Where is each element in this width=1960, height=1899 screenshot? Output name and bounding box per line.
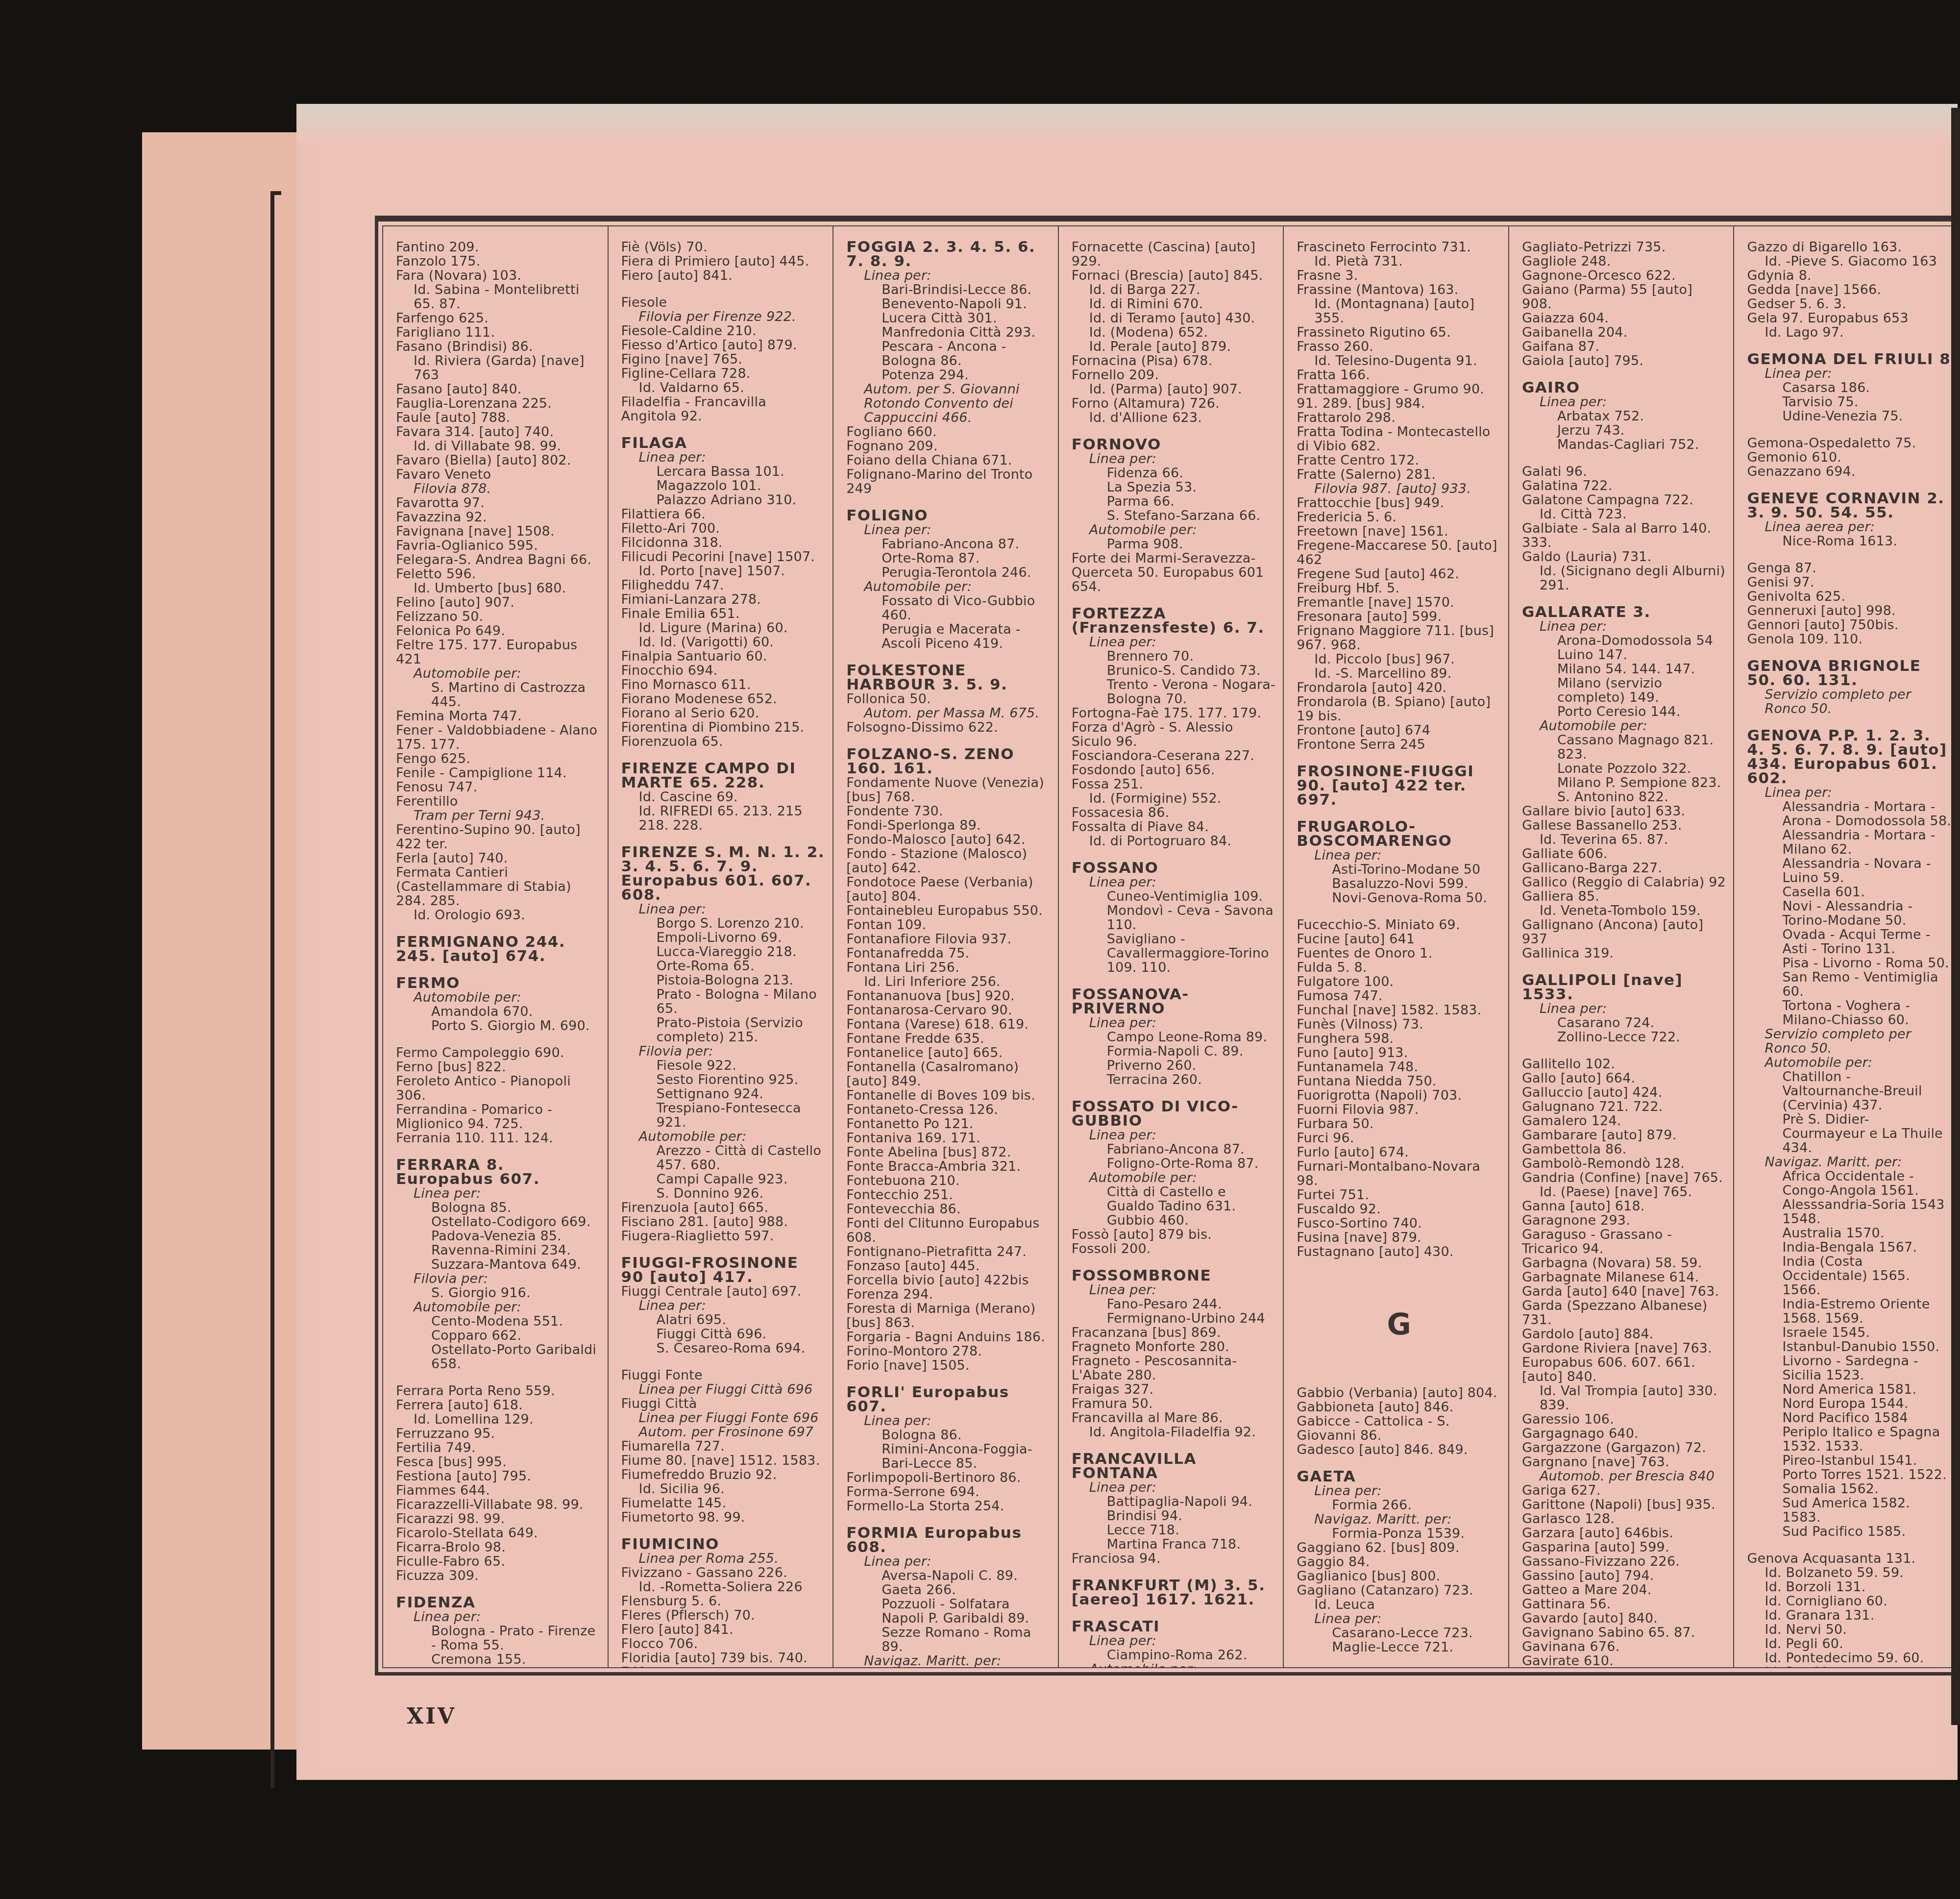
index-entry: Gdynia 8. — [1747, 269, 1952, 283]
index-entry: Gallese Bassanello 253. — [1522, 818, 1727, 833]
index-entry: Ficarazzelli-Villabate 98. 99. — [396, 1498, 601, 1512]
index-entry: Fivizzano - Gassano 226. — [621, 1566, 826, 1580]
index-entry: Gaeta 266. — [846, 1583, 1051, 1597]
index-entry: Bologna - Prato - Firenze - Roma 55. — [396, 1624, 601, 1652]
index-entry: Id. Sabina - Montelibretti 65. 87. — [396, 283, 601, 311]
index-entry: Terracina 260. — [1072, 1073, 1276, 1087]
station-heading: FRANKFURT (M) 3. 5. [aereo] 1617. 1621. — [1072, 1578, 1276, 1607]
index-entry: Furbara 50. — [1297, 1117, 1501, 1131]
index-entry: Funo [auto] 913. — [1297, 1046, 1501, 1060]
index-entry: Furnari-Montalbano-Novara 98. — [1297, 1159, 1501, 1188]
index-entry: Gagliole 248. — [1522, 254, 1727, 269]
index-entry: Fiuggi Città — [621, 1397, 826, 1411]
index-entry: Franciosa 94. — [1072, 1552, 1276, 1566]
index-entry: Ferrera [auto] 618. — [396, 1398, 601, 1412]
index-entry: Id. Porto [nave] 1507. — [621, 564, 826, 578]
index-entry: Felegara-S. Andrea Bagni 66. — [396, 553, 601, 567]
index-entry: Ficuzza 309. — [396, 1569, 601, 1583]
index-entry: Frignano Maggiore 711. [bus] 967. 968. — [1297, 624, 1501, 652]
index-entry: S. Giorgio 916. — [396, 1286, 601, 1300]
index-entry: Cassano Magnago 821. 823. — [1522, 733, 1727, 762]
index-entry: Fabriano-Ancona 87. — [846, 537, 1051, 551]
station-heading: FOLKESTONE HARBOUR 3. 5. 9. — [846, 664, 1051, 692]
index-entry: Fulgatore 100. — [1297, 975, 1501, 989]
index-entry: Garbagnate Milanese 614. — [1522, 1270, 1727, 1284]
index-entry: Gela 97. Europabus 653 — [1747, 311, 1952, 325]
index-entry: Ferentino-Supino 90. [auto] 422 ter. — [396, 823, 601, 851]
index-entry: India (Costa Occidentale) 1565. 1566. — [1747, 1255, 1952, 1297]
service-label: Tram per Terni 943. — [396, 809, 601, 823]
index-entry: Garittone (Napoli) [bus] 935. — [1522, 1498, 1727, 1512]
index-entry: Pescara - Ancona - Bologna 86. — [846, 340, 1051, 368]
book-spine-edge — [1951, 108, 1960, 1725]
index-entry: Savigliano - Cavallermaggiore-Torino 109… — [1072, 932, 1276, 975]
station-heading: GENEVE CORNAVIN 2. 3. 9. 50. 54. 55. — [1747, 492, 1952, 520]
index-entry: Gallare bivio [auto] 633. — [1522, 804, 1727, 818]
service-label: Linea per: — [1072, 452, 1276, 466]
station-heading: FOSSOMBRONE — [1072, 1269, 1276, 1283]
index-entry: Gagnone-Orcesco 622. — [1522, 269, 1727, 283]
index-entry: Favaro (Biella) [auto] 802. — [396, 453, 601, 468]
index-entry: Sud Pacifico 1585. — [1747, 1525, 1952, 1539]
index-entry: Garagnone 293. — [1522, 1213, 1727, 1228]
index-entry: Id. di Barga 227. — [1072, 283, 1276, 297]
index-entry: Fustagnano [auto] 430. — [1297, 1245, 1501, 1259]
index-entry: Fontanelle di Boves 109 bis. — [846, 1088, 1051, 1103]
index-entry: Fermignano-Urbino 244 — [1072, 1311, 1276, 1326]
index-entry: Fossalta di Piave 84. — [1072, 820, 1276, 834]
index-entry: S. Martino di Castrozza 445. — [396, 681, 601, 709]
index-entry: Finocchio 694. — [621, 664, 826, 678]
index-entry: Id. Leuca — [1297, 1598, 1501, 1612]
index-entry: Periplo Italico e Spagna 1532. 1533. — [1747, 1425, 1952, 1454]
station-heading: FOSSANO — [1072, 861, 1276, 875]
service-label: Autom. per S. Giovanni Rotondo Convento … — [846, 382, 1051, 425]
index-entry: Frondarola (B. Spiano) [auto] 19 bis. — [1297, 695, 1501, 723]
index-entry: Genisi 97. — [1747, 575, 1952, 590]
index-entry: Funghera 598. — [1297, 1032, 1501, 1046]
index-entry: Genneruxi [auto] 998. — [1747, 604, 1952, 618]
index-entry: Cremona 155. — [396, 1652, 601, 1667]
index-entry: Id. (Parma) [auto] 907. — [1072, 382, 1276, 396]
index-entry: Sesto Fiorentino 925. — [621, 1073, 826, 1087]
index-entry: Gambolò-Remondò 128. — [1522, 1157, 1727, 1171]
index-entry: Id. Liri Inferiore 256. — [846, 975, 1051, 989]
index-entry: Palazzo Adriano 310. — [621, 493, 826, 507]
index-entry: Francavilla al Mare 86. — [1072, 1411, 1276, 1425]
index-entry: Id. (Paese) [nave] 765. — [1522, 1185, 1727, 1199]
index-entry: Gagliato-Petrizzi 735. — [1522, 240, 1727, 254]
service-label: Navigaz. Maritt. per: — [846, 1654, 1051, 1667]
index-entry: Fenosu 747. — [396, 780, 601, 794]
index-frame: Fantino 209.Fanzolo 175.Fara (Novara) 10… — [375, 216, 1960, 1676]
index-entry: Fogliano 660. — [846, 425, 1051, 439]
index-entry: Fanzolo 175. — [396, 254, 601, 269]
index-entry: Figino [nave] 765. — [621, 352, 826, 367]
index-entry: Id. Nervi 50. — [1747, 1623, 1952, 1637]
index-entry: India-Bengala 1567. — [1747, 1240, 1952, 1255]
index-entry: Id. Perale [auto] 879. — [1072, 340, 1276, 354]
service-label: Linea per: — [396, 1610, 601, 1624]
index-column-5: Frascineto Ferrocinto 731.Id. Pietà 731.… — [1284, 226, 1509, 1667]
index-entry: Id. -Pieve S. Giacomo 163 — [1747, 254, 1952, 269]
index-entry: Fontainebleu Europabus 550. — [846, 904, 1051, 918]
index-entry: Gabbioneta [auto] 846. — [1297, 1400, 1501, 1414]
index-entry: Fucecchio-S. Miniato 69. — [1297, 918, 1501, 932]
index-entry: Gasparina [auto] 599. — [1522, 1540, 1727, 1554]
service-label: Navigaz. Maritt. per: — [1747, 1155, 1952, 1169]
index-entry: Fraigas 327. — [1072, 1382, 1276, 1397]
index-entry: Fasano (Brindisi) 86. — [396, 340, 601, 354]
service-label: Linea per: — [621, 902, 826, 916]
index-entry: Basaluzzo-Novi 599. — [1297, 877, 1501, 891]
index-entry: Nice-Roma 1613. — [1747, 534, 1952, 548]
index-entry: Brunico-S. Candido 73. — [1072, 664, 1276, 678]
index-entry: Fossacesia 86. — [1072, 806, 1276, 820]
index-entry: Galatone Campagna 722. — [1522, 493, 1727, 507]
index-entry: Foligno-Orte-Roma 87. — [1072, 1157, 1276, 1171]
index-entry: Frattamaggiore - Grumo 90. 91. 289. [bus… — [1297, 382, 1501, 411]
index-entry: Frasne 3. — [1297, 269, 1501, 283]
index-entry: S. Stefano-Sarzana 66. — [1072, 509, 1276, 523]
index-entry: Fiammes 644. — [396, 1483, 601, 1498]
index-entry: Fregene Sud [auto] 462. — [1297, 567, 1501, 581]
index-entry: Gaglianico [bus] 800. — [1297, 1569, 1501, 1583]
index-entry: Id. (Montagnana) [auto] 355. — [1297, 297, 1501, 325]
index-entry: Ganna [auto] 618. — [1522, 1199, 1727, 1213]
index-entry: Figline-Cellara 728. — [621, 367, 826, 381]
index-entry: Forio [nave] 1505. — [846, 1358, 1051, 1373]
index-entry: Fontevecchia 86. — [846, 1202, 1051, 1216]
index-entry: Favignana [nave] 1508. — [396, 524, 601, 539]
index-entry: Id. Lago 97. — [1747, 325, 1952, 340]
index-entry: Fondo-Malosco [auto] 642. — [846, 833, 1051, 847]
index-entry: Casarano-Lecce 723. — [1297, 1626, 1501, 1640]
index-entry: Fregene-Maccarese 50. [auto] 462 — [1297, 539, 1501, 567]
index-entry: Id. di Rimini 670. — [1072, 297, 1276, 311]
index-entry: Id. Città 723. — [1522, 507, 1727, 521]
page-number: XIV — [407, 1704, 456, 1729]
service-label: Linea per: — [1072, 1128, 1276, 1142]
index-entry: San Remo - Ventimiglia 60. — [1747, 970, 1952, 999]
index-entry: Fontanafredda 75. — [846, 946, 1051, 961]
index-entry: Copparo 662. — [396, 1329, 601, 1343]
service-label: Linea per: — [1522, 619, 1727, 634]
index-entry: Fratta Todina - Montecastello di Vibio 6… — [1297, 425, 1501, 453]
service-label: Linea per: — [396, 1186, 601, 1201]
index-entry: Fiuggi Centrale [auto] 697. — [621, 1284, 826, 1299]
station-heading: FILAGA — [621, 436, 826, 450]
index-entry: Fiume 80. [nave] 1512. 1583. — [621, 1454, 826, 1468]
index-entry: Forgaria - Bagni Anduins 186. — [846, 1330, 1051, 1344]
station-heading: FRUGAROLO-BOSCOMARENGO — [1297, 820, 1501, 848]
index-entry: Lonate Pozzolo 322. — [1522, 762, 1727, 776]
index-entry: Alatri 695. — [621, 1313, 826, 1327]
index-entry: Id. Telesino-Dugenta 91. — [1297, 354, 1501, 368]
index-entry: Fornello 209. — [1072, 368, 1276, 382]
index-entry: Porto Torres 1521. 1522. — [1747, 1468, 1952, 1482]
index-entry: Folsogno-Dissimo 622. — [846, 720, 1051, 735]
index-entry: Bari-Brindisi-Lecce 86. — [846, 283, 1051, 297]
index-entry: Fisciano 281. [auto] 988. — [621, 1215, 826, 1229]
index-columns: Fantino 209.Fanzolo 175.Fara (Novara) 10… — [382, 225, 1960, 1668]
index-entry: Gaifana 87. — [1522, 340, 1727, 354]
index-entry: Id. Veneta-Tombolo 159. — [1522, 904, 1727, 918]
index-entry: Perugia e Macerata - Ascoli Piceno 419. — [846, 622, 1051, 651]
station-heading: GAIRO — [1522, 381, 1727, 395]
index-entry: Gavignano Sabino 65. 87. — [1522, 1626, 1727, 1640]
index-entry: Gavardo [auto] 840. — [1522, 1611, 1727, 1626]
index-entry: Fontanelice [auto] 665. — [846, 1046, 1051, 1060]
index-entry: Campo Leone-Roma 89. — [1072, 1030, 1276, 1044]
index-entry: Fosdondo [auto] 656. — [1072, 763, 1276, 777]
index-entry: Casarano 724. — [1522, 1016, 1727, 1030]
index-entry: Filigheddu 747. — [621, 578, 826, 592]
index-entry: Id. d'Allione 623. — [1072, 411, 1276, 425]
index-entry: Gedser 5. 6. 3. — [1747, 297, 1952, 311]
service-label: Filovia per: — [396, 1272, 601, 1286]
index-entry: Orte-Roma 65. — [621, 959, 826, 973]
index-entry: Frascineto Ferrocinto 731. — [1297, 240, 1501, 254]
index-entry: Forlimpopoli-Bertinoro 86. — [846, 1471, 1051, 1485]
index-entry: Gardone Riviera [nave] 763. Europabus 60… — [1522, 1341, 1727, 1384]
index-entry: Garda [auto] 640 [nave] 763. — [1522, 1284, 1727, 1299]
index-entry: Fognano 209. — [846, 439, 1051, 453]
index-entry: Manfredonia Città 293. — [846, 325, 1051, 340]
index-entry: Galliera 85. — [1522, 889, 1727, 904]
index-entry: Fleres (Pflersch) 70. — [621, 1608, 826, 1623]
index-entry: Gavirate 610. — [1522, 1654, 1727, 1667]
index-entry: Fontanarosa-Cervaro 90. — [846, 1003, 1051, 1017]
station-heading: GALLARATE 3. — [1522, 605, 1727, 619]
index-entry: Foiano della Chiana 671. — [846, 453, 1051, 468]
index-entry: Fiero [auto] 841. — [621, 269, 826, 283]
index-entry: Arbatax 752. — [1522, 409, 1727, 423]
index-entry: Milano P. Sempione 823. — [1522, 776, 1727, 790]
index-entry: Lercara Bassa 101. — [621, 465, 826, 479]
index-entry: Città di Castello e Gualdo Tadino 631. — [1072, 1185, 1276, 1213]
index-entry: Freetown [nave] 1561. — [1297, 524, 1501, 539]
index-entry: Pistoia-Bologna 213. — [621, 973, 826, 987]
index-entry: Novi - Alessandria - Torino-Modane 50. — [1747, 899, 1952, 928]
index-entry: Livorno - Sardegna - Sicilia 1523. — [1747, 1354, 1952, 1382]
service-label: Linea aerea per: — [1747, 520, 1952, 534]
index-entry: Finalpia Santuario 60. — [621, 649, 826, 664]
service-label: Linea per: — [1072, 1016, 1276, 1030]
service-label: Automobile per: — [621, 1130, 826, 1144]
index-entry: Cento-Modena 551. — [396, 1314, 601, 1329]
index-entry: Formia-Ponza 1539. — [1297, 1527, 1501, 1541]
index-entry: Forcella bivio [auto] 422bis — [846, 1273, 1051, 1287]
index-column-1: Fantino 209.Fanzolo 175.Fara (Novara) 10… — [383, 226, 609, 1667]
index-entry: Amandola 670. — [396, 1005, 601, 1019]
index-column-3: FOGGIA 2. 3. 4. 5. 6. 7. 8. 9.Linea per:… — [833, 226, 1059, 1667]
index-entry: Fauglia-Lorenzana 225. — [396, 396, 601, 411]
index-entry: Festiona [auto] 795. — [396, 1469, 601, 1483]
station-heading: FERMO — [396, 976, 601, 990]
service-label: Automobile per: — [396, 1300, 601, 1314]
index-entry: Id. Cornigliano 60. — [1747, 1594, 1952, 1608]
index-entry: Gagliano (Catanzaro) 723. — [1297, 1583, 1501, 1598]
index-entry: Felizzano 50. — [396, 610, 601, 624]
index-entry: Fratte (Salerno) 281. — [1297, 468, 1501, 482]
index-entry: Tortona - Voghera - Milano-Chiasso 60. — [1747, 999, 1952, 1027]
index-entry: Rimini-Ancona-Foggia-Bari-Lecce 85. — [846, 1442, 1051, 1471]
index-entry: Gaiola [auto] 795. — [1522, 354, 1727, 368]
index-entry: Fondente 730. — [846, 804, 1051, 818]
index-entry: Fiorano al Serio 620. — [621, 706, 826, 720]
station-heading: FIUMICINO — [621, 1537, 826, 1552]
station-heading: GENOVA BRIGNOLE 50. 60. 131. — [1747, 659, 1952, 688]
index-entry: Gaiano (Parma) 55 [auto] 908. — [1522, 283, 1727, 311]
index-entry: Mondovì - Ceva - Savona 110. — [1072, 904, 1276, 932]
index-entry: Frattocchie [bus] 949. — [1297, 496, 1501, 510]
station-heading: FOSSATO DI VICO-GUBBIO — [1072, 1100, 1276, 1128]
index-entry: Fontecchio 251. — [846, 1188, 1051, 1202]
index-entry: Gallinica 319. — [1522, 946, 1727, 961]
index-entry: Gennori [auto] 750bis. — [1747, 618, 1952, 632]
index-column-7: Gazzo di Bigarello 163.Id. -Pieve S. Gia… — [1734, 226, 1959, 1667]
index-entry: Id. Piccolo [bus] 967. — [1297, 652, 1501, 666]
index-entry: Fumosa 747. — [1297, 989, 1501, 1003]
index-entry: Benevento-Napoli 91. — [846, 297, 1051, 311]
service-label: Autom. per Frosinone 697 — [621, 1425, 826, 1439]
index-entry: Campi Capalle 923. — [621, 1172, 826, 1186]
index-entry: Furlo [auto] 674. — [1297, 1145, 1501, 1159]
index-entry: Fragneto - Pescosannita-L'Abate 280. — [1072, 1354, 1276, 1382]
service-label: Automobile per: — [396, 990, 601, 1005]
index-entry: Id. Sicilia 96. — [621, 1482, 826, 1496]
service-label: Linea per Fiuggi Città 696 — [621, 1382, 826, 1397]
index-entry: Fonte Bracca-Ambria 321. — [846, 1159, 1051, 1174]
index-entry: Furci 96. — [1297, 1131, 1501, 1145]
index-entry: Chatillon - Valtournanche-Breuil (Cervin… — [1747, 1070, 1952, 1112]
index-entry: Id. Valdarno 65. — [621, 381, 826, 395]
index-entry: Luino 147. — [1522, 648, 1727, 662]
index-entry: Gambettola 86. — [1522, 1142, 1727, 1157]
index-entry: Fino Mornasco 611. — [621, 678, 826, 692]
index-entry: Africa Occidentale - Congo-Angola 1561. — [1747, 1169, 1952, 1198]
index-entry: Fontananuova [bus] 920. — [846, 989, 1051, 1003]
index-entry: Ferla [auto] 740. — [396, 851, 601, 865]
index-entry: Orte-Roma 87. — [846, 551, 1051, 566]
index-entry: Fornacina (Pisa) 678. — [1072, 354, 1276, 368]
service-label: Linea per: — [1297, 848, 1501, 863]
index-entry: Casarsa 186. — [1747, 381, 1952, 395]
index-entry: Id. -S. Marcellino 89. — [1297, 666, 1501, 681]
index-entry: Fontanetto Po 121. — [846, 1117, 1051, 1131]
index-entry: Id. Angitola-Filadelfia 92. — [1072, 1425, 1276, 1439]
index-entry: Milano (servizio completo) 149. — [1522, 676, 1727, 705]
service-label: Servizio completo per Ronco 50. — [1747, 1027, 1952, 1056]
index-entry: Udine-Venezia 75. — [1747, 409, 1952, 423]
service-label: Automob. per Brescia 840 — [1522, 1469, 1727, 1483]
index-entry: Fratta 166. — [1297, 368, 1501, 382]
index-entry: Furtei 751. — [1297, 1188, 1501, 1202]
index-entry: Filicudi Pecorini [nave] 1507. — [621, 550, 826, 564]
service-label: Filovia per Firenze 922. — [621, 310, 826, 324]
index-entry: S. Antonino 822. — [1522, 790, 1727, 804]
index-entry: Garzara [auto] 646bis. — [1522, 1526, 1727, 1540]
index-entry: Fondi-Sperlonga 89. — [846, 818, 1051, 833]
index-entry: Pireo-Istanbul 1541. — [1747, 1454, 1952, 1468]
station-heading: FOLZANO-S. ZENO 160. 161. — [846, 747, 1051, 776]
index-entry: Fuorni Filovia 987. — [1297, 1103, 1501, 1117]
index-entry: Gemonio 610. — [1747, 450, 1952, 465]
index-entry: Id. Val Trompia [auto] 330. 839. — [1522, 1384, 1727, 1412]
index-entry: Favarotta 97. — [396, 496, 601, 510]
index-entry: Frattarolo 298. — [1297, 411, 1501, 425]
index-entry: Fiorenzuola 65. — [621, 735, 826, 749]
index-entry: Trento - Verona - Nogara-Bologna 70. — [1072, 678, 1276, 706]
index-entry: Fortogna-Faè 175. 177. 179. — [1072, 706, 1276, 720]
index-entry: Fratte Centro 172. — [1297, 453, 1501, 468]
station-heading: FORTEZZA (Franzensfeste) 6. 7. — [1072, 607, 1276, 635]
index-entry: Empoli-Livorno 69. — [621, 931, 826, 945]
index-entry: Gassino [auto] 794. — [1522, 1569, 1727, 1583]
index-column-4: Fornacette (Cascina) [auto] 929.Fornaci … — [1059, 226, 1284, 1667]
index-entry: Tarvisio 75. — [1747, 395, 1952, 409]
index-entry: Arona-Domodossola 54 — [1522, 634, 1727, 648]
index-entry: Ferrara Porta Reno 559. — [396, 1384, 601, 1398]
index-entry: Borgo S. Lorenzo 210. — [621, 916, 826, 931]
index-entry: Feletto 596. — [396, 567, 601, 581]
index-column-2: Fiè (Völs) 70.Fiera di Primiero [auto] 4… — [609, 226, 834, 1667]
index-entry: Ficarra-Brolo 98. — [396, 1540, 601, 1554]
index-entry: Frontone Serra 245 — [1297, 738, 1501, 752]
index-entry: Ciampino-Roma 262. — [1072, 1648, 1276, 1662]
index-entry: Somalia 1562. — [1747, 1482, 1952, 1496]
index-entry: Garessio 106. — [1522, 1412, 1727, 1427]
index-entry: Fusco-Sortino 740. — [1297, 1216, 1501, 1231]
service-label: Servizio completo per Ronco 50. — [1747, 688, 1952, 716]
index-entry: Id. Teverina 65. 87. — [1522, 833, 1727, 847]
index-entry: Garda (Spezzano Albanese) 731. — [1522, 1299, 1727, 1327]
index-entry: Id. Bolzaneto 59. 59. — [1747, 1566, 1952, 1580]
index-entry: Bologna 85. — [396, 1201, 601, 1215]
index-entry: Asti-Torino-Modane 50 — [1297, 863, 1501, 877]
service-label: Linea per: — [1072, 1283, 1276, 1297]
index-entry: Alessandria - Novara - Luino 59. — [1747, 857, 1952, 885]
index-entry: Genivolta 625. — [1747, 590, 1952, 604]
station-heading: FROSINONE-FIUGGI 90. [auto] 422 ter. 697… — [1297, 765, 1501, 807]
index-entry: Fuscaldo 92. — [1297, 1202, 1501, 1216]
service-label: Linea per: — [846, 1554, 1051, 1569]
index-entry: Fertilia 749. — [396, 1441, 601, 1455]
index-entry: Framura 50. — [1072, 1397, 1276, 1411]
index-entry: Potenza 294. — [846, 368, 1051, 382]
index-entry: Filadelfia - Francavilla Angitola 92. — [621, 395, 826, 423]
station-heading: GAETA — [1297, 1470, 1501, 1484]
index-entry: Filcidonna 318. — [621, 536, 826, 550]
index-entry: Garlasco 128. — [1522, 1512, 1727, 1526]
index-entry: Fara (Novara) 103. — [396, 269, 601, 283]
index-entry: Firenzuola [auto] 665. — [621, 1201, 826, 1215]
index-entry: Pisa - Livorno - Roma 50. — [1747, 956, 1952, 970]
index-entry: Fremantle [nave] 1570. — [1297, 595, 1501, 610]
index-entry: Zollino-Lecce 722. — [1522, 1030, 1727, 1044]
index-entry: Fasano [auto] 840. — [396, 382, 601, 396]
index-entry: Forte dei Marmi-Seravezza-Querceta 50. E… — [1072, 551, 1276, 594]
index-entry: Ferruzzano 95. — [396, 1427, 601, 1441]
index-entry: Gambarare [auto] 879. — [1522, 1128, 1727, 1142]
index-entry: Alessandria - Mortara - Milano 62. — [1747, 828, 1952, 857]
index-entry: Fondo - Stazione (Malosco) [auto] 642. — [846, 847, 1051, 875]
index-entry: Galatina 722. — [1522, 479, 1727, 493]
index-entry: Favara 314. [auto] 740. — [396, 425, 601, 439]
index-entry: Gargnano [nave] 763. — [1522, 1455, 1727, 1469]
index-entry: Jerzu 743. — [1522, 423, 1727, 438]
